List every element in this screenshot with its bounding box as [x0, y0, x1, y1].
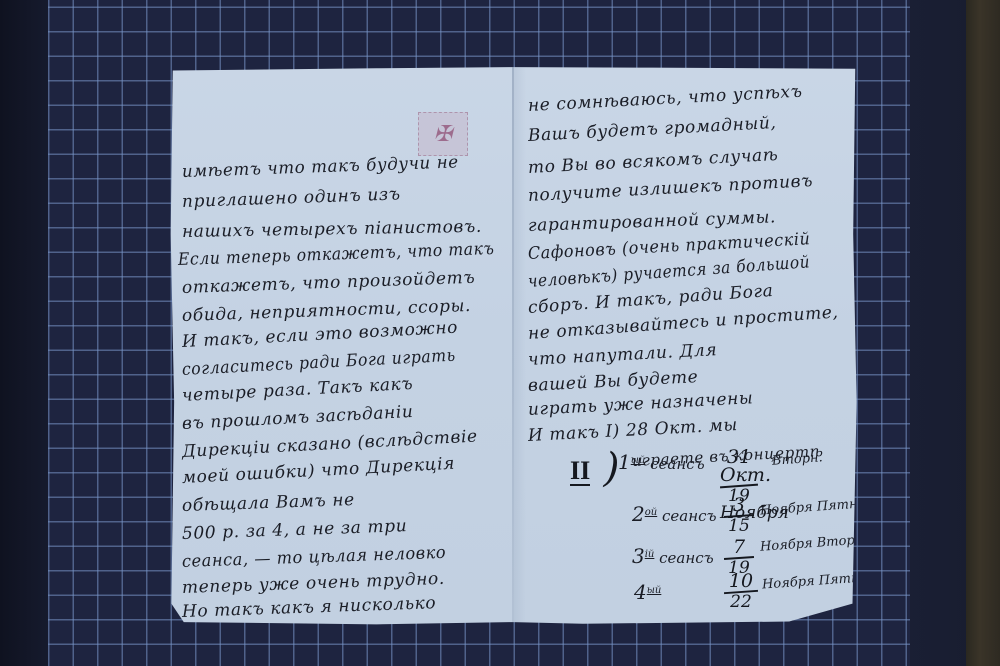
text-line: что напутали. Для	[527, 340, 717, 370]
text-line: Вашъ будетъ громадный,	[527, 113, 776, 146]
session-1-label: 1ый сеансъ	[618, 450, 705, 474]
left-page: ✠ имѣетъ что такъ будучи не приглашено о…	[170, 66, 512, 626]
embossed-monogram-icon: ✠	[418, 112, 468, 156]
text-line: обѣщала Вамъ не	[182, 490, 355, 516]
right-page: не сомнѣваюсь, что успѣхъ Вашъ будетъ гр…	[514, 66, 858, 626]
schedule-intro: И такъ I) 28 Окт. мы	[527, 415, 738, 446]
text-line: Если теперь откажетъ, что такъ	[178, 239, 495, 270]
session-4-dates: 10 22	[724, 572, 758, 611]
session-4-weekday: Ноября Пятн.	[762, 570, 865, 592]
text-line: имѣетъ что такъ будучи не	[182, 152, 459, 182]
text-line: сеанса, — то цѣлая неловко	[182, 543, 447, 572]
text-line: четыре раза. Такъ какъ	[181, 374, 413, 406]
text-line: получите излишекъ противъ	[527, 171, 813, 206]
text-line: И такъ I) 28 Окт. мы	[527, 415, 738, 446]
roman-numeral-ii: II	[570, 458, 590, 486]
session-3-label: 3ій сеансъ	[632, 544, 714, 568]
session-2-weekday: Ноября Пятн.	[760, 496, 863, 518]
text-line: гарантированной суммы.	[528, 207, 777, 236]
letter-sheet: ✠ имѣетъ что такъ будучи не приглашено о…	[170, 66, 858, 626]
session-3-weekday: Ноября Вторн.	[760, 532, 868, 554]
text-line: не сомнѣваюсь, что успѣхъ	[527, 82, 803, 116]
session-2-dates: 3 15	[724, 496, 754, 535]
text-line: согласитесь ради Бога играть	[181, 346, 456, 380]
wooden-edge	[966, 0, 1000, 666]
text-line: 500 р. за 4, а не за три	[182, 516, 408, 544]
text-line: откажетъ, что произойдетъ	[182, 268, 476, 298]
text-line: то Вы во всякомъ случаѣ	[527, 145, 778, 178]
session-4-label: 4ый	[634, 580, 661, 604]
session-1-weekday: Вторн.	[772, 450, 824, 469]
text-line: Но такъ какъ я нисколько	[182, 593, 437, 622]
text-line: въ прошломъ засѣданіи	[181, 402, 413, 434]
text-line: нашихъ четырехъ піанистовъ.	[182, 217, 482, 242]
session-2-label: 2ой сеансъ	[632, 502, 716, 526]
text-line: приглашено одинъ изъ	[182, 184, 401, 212]
